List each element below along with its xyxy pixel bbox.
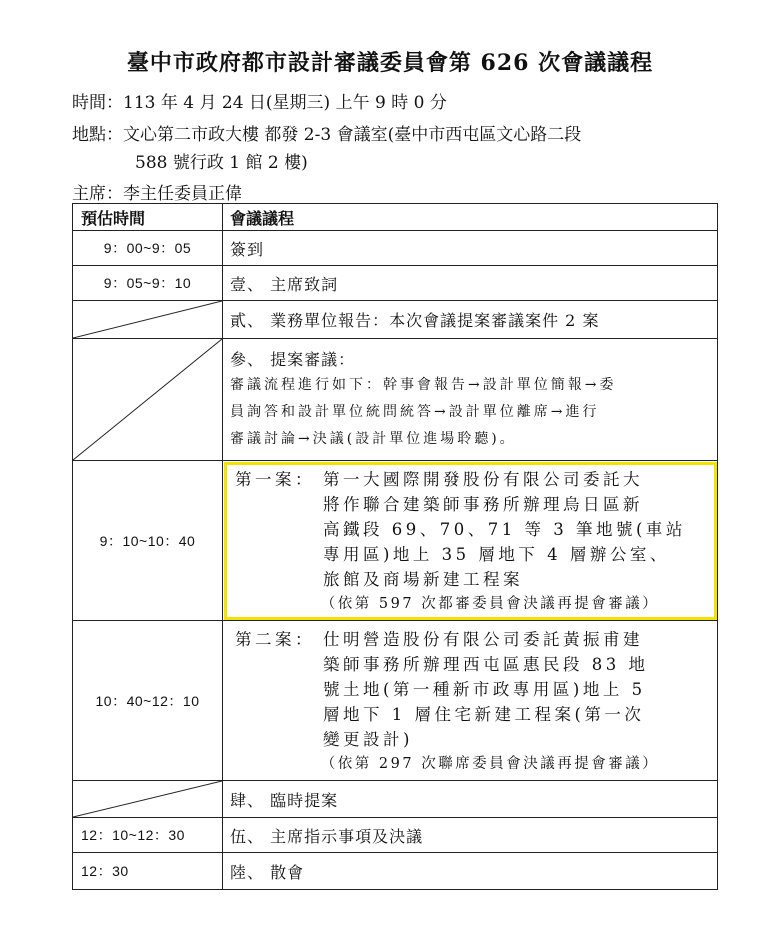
row-item: 參、 提案審議：	[230, 347, 717, 370]
review-flow-line: 審議討論→決議(設計單位進場聆聽)。	[230, 426, 717, 453]
table-row: 參、 提案審議： 審議流程進行如下：幹事會報告→設計單位簡報→委 員詢答和設計單…	[73, 339, 718, 461]
case-1: 第一案： 第一大國際開發股份有限公司委託大 將作聯合建築師事務所辦理烏日區新 高…	[223, 461, 717, 620]
case-line: 築師事務所辦理西屯區惠民段 83 地	[323, 652, 717, 677]
table-row: 肆、 臨時提案	[73, 781, 718, 818]
diagonal-empty-cell	[73, 339, 223, 461]
row-time: 12：30	[73, 853, 223, 890]
case-note: （依第 297 次聯席委員會決議再提會審議）	[223, 752, 717, 780]
case-line: 號土地(第一種新市政專用區)地上 5	[323, 677, 717, 702]
diagonal-line-icon	[73, 339, 222, 460]
header-agenda: 會議議程	[223, 204, 718, 231]
case-label: 第二案：	[235, 627, 315, 652]
table-row: 貳、 業務單位報告：本次會議提案審議案件 2 案	[73, 301, 718, 339]
row-item: 肆、 臨時提案	[223, 781, 718, 818]
place-line1: 文心第二市政大樓 都發 2-3 會議室(臺中市西屯區文心路二段	[123, 125, 581, 145]
proposal-review-cell: 參、 提案審議： 審議流程進行如下：幹事會報告→設計單位簡報→委 員詢答和設計單…	[223, 339, 718, 461]
diagonal-empty-cell	[73, 301, 223, 339]
case-line: 專用區)地上 35 層地下 4 層辦公室、	[323, 542, 717, 567]
case-line: 第一大國際開發股份有限公司委託大	[323, 467, 717, 492]
meeting-chair: 主席：李主任委員正偉	[72, 179, 242, 204]
case-note: （依第 597 次都審委員會決議再提會審議）	[223, 592, 717, 620]
case-line: 變更設計)	[323, 727, 717, 752]
time-label: 時間：	[72, 93, 123, 113]
table-row: 9：10~10：40 第一案： 第一大國際開發股份有限公司委託大 將作聯合建築師…	[73, 461, 718, 621]
review-flow-line: 員詢答和設計單位統問統答→設計單位離席→進行	[230, 399, 717, 426]
place-label: 地點：	[72, 125, 123, 145]
case-line: 層地下 1 層住宅新建工程案(第一次	[323, 702, 717, 727]
case-line: 仕明營造股份有限公司委託黃振甫建	[323, 627, 717, 652]
row-item: 陸、 散會	[223, 853, 718, 890]
row-item: 簽到	[223, 231, 718, 266]
case-1-cell: 第一案： 第一大國際開發股份有限公司委託大 將作聯合建築師事務所辦理烏日區新 高…	[223, 461, 718, 621]
table-row: 9：00~9：05 簽到	[73, 231, 718, 266]
row-item: 貳、 業務單位報告：本次會議提案審議案件 2 案	[223, 301, 718, 339]
row-time: 9：00~9：05	[73, 231, 223, 266]
case-line: 高鐵段 69、70、71 等 3 筆地號(車站	[323, 517, 717, 542]
table-row: 10：40~12：10 第二案： 仕明營造股份有限公司委託黃振甫建 築師事務所辦…	[73, 621, 718, 781]
row-item: 壹、 主席致詞	[223, 266, 718, 301]
chair-value: 李主任委員正偉	[123, 184, 242, 204]
row-time: 9：05~9：10	[73, 266, 223, 301]
time-value: 113 年 4 月 24 日(星期三) 上午 9 時 0 分	[123, 93, 447, 113]
row-item: 伍、 主席指示事項及決議	[223, 818, 718, 853]
case-line: 旅館及商場新建工程案	[323, 567, 717, 592]
document-title: 臺中市政府都市設計審議委員會第 626 次會議議程	[0, 46, 780, 77]
table-row: 9：05~9：10 壹、 主席致詞	[73, 266, 718, 301]
case-line: 將作聯合建築師事務所辦理烏日區新	[323, 492, 717, 517]
case-2-cell: 第二案： 仕明營造股份有限公司委託黃振甫建 築師事務所辦理西屯區惠民段 83 地…	[223, 621, 718, 781]
table-row: 12：10~12：30 伍、 主席指示事項及決議	[73, 818, 718, 853]
case-label: 第一案：	[235, 467, 315, 492]
row-time: 9：10~10：40	[73, 461, 223, 621]
diagonal-line-icon	[73, 301, 222, 338]
review-flow-line: 審議流程進行如下：幹事會報告→設計單位簡報→委	[230, 372, 717, 399]
diagonal-line-icon	[73, 781, 222, 817]
case-2: 第二案： 仕明營造股份有限公司委託黃振甫建 築師事務所辦理西屯區惠民段 83 地…	[223, 621, 717, 780]
chair-label: 主席：	[72, 184, 123, 204]
meeting-time: 時間：113 年 4 月 24 日(星期三) 上午 9 時 0 分	[72, 88, 447, 113]
agenda-table: 預估時間 會議議程 9：00~9：05 簽到 9：05~9：10 壹、 主席致詞…	[72, 203, 718, 890]
place-line2: 588 號行政 1 館 2 樓)	[135, 148, 308, 173]
table-row: 12：30 陸、 散會	[73, 853, 718, 890]
meeting-place: 地點：文心第二市政大樓 都發 2-3 會議室(臺中市西屯區文心路二段	[72, 120, 581, 145]
row-time: 12：10~12：30	[73, 818, 223, 853]
table-header-row: 預估時間 會議議程	[73, 204, 718, 231]
diagonal-empty-cell	[73, 781, 223, 818]
row-time: 10：40~12：10	[73, 621, 223, 781]
header-time: 預估時間	[73, 204, 223, 231]
